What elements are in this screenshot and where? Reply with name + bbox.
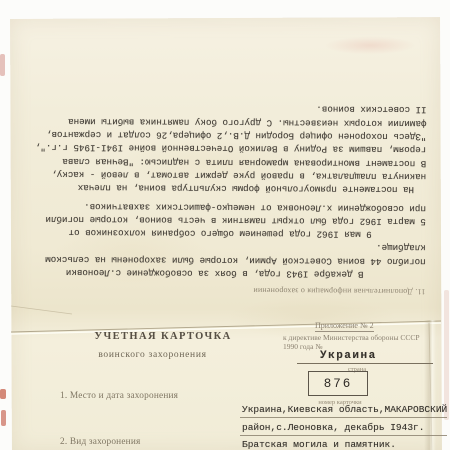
pink-edge-tint	[444, 290, 449, 420]
scanned-document: 11. Дополнительная информация о захороне…	[0, 0, 450, 450]
back-text-line: 5 марта I962 года был открыт памятник в …	[14, 212, 426, 228]
back-text-line: погибло 44 воина Советской Армии, которы…	[14, 252, 426, 268]
country-value: Украина	[320, 350, 377, 362]
country-underline	[297, 363, 433, 364]
back-text-line: фамилии которых неизвестны. С другого бо…	[14, 114, 426, 130]
card-subtitle: воинского захоронения	[85, 350, 220, 360]
appendix-heading: Приложение № 2	[315, 321, 374, 332]
field-1-value-line-2: район,с.Леоновка, декабрь I943г.	[242, 422, 424, 433]
card-number-box: 876	[308, 371, 368, 396]
back-text-line: В декабре I943 года, в боях за освобожде…	[13, 265, 425, 281]
field-2-value: Братская могила и памятник.	[242, 439, 396, 450]
back-text-line: На постаменте прямоугольной формы скульп…	[14, 181, 426, 197]
appendix-directive-line: к директиве Министерства обороны СССР	[283, 333, 420, 342]
red-edge-mark	[1, 410, 6, 426]
red-edge-mark	[0, 54, 5, 76]
value-underline	[240, 435, 447, 436]
back-text-line: "Здесь похоронен офицер Бородин Д.В.,2 о…	[14, 127, 426, 143]
card-title: УЧЕТНАЯ КАРТОЧКА	[93, 331, 233, 342]
field-1-label: 1. Место и дата захоронения	[60, 391, 178, 401]
vertical-crease	[424, 320, 436, 450]
value-underline	[240, 417, 447, 418]
back-text-line: В постамент вмонтирована мраморная плита…	[14, 154, 426, 170]
back-text-line: накинута плащпалатка, в правой руке держ…	[14, 167, 426, 183]
card-number: 876	[324, 377, 353, 391]
back-text-line: 9 мая I962 года решением общего собрания…	[14, 226, 426, 242]
additional-info-text: В декабре I943 года, в боях за освобожде…	[13, 101, 426, 281]
field-1-value-line-1: Украина,Киевская область,МАКАРОВСКИЙ	[242, 404, 447, 415]
appendix-year-line: 1990 года №	[283, 342, 322, 351]
field-2-label: 2. Вид захоронения	[60, 437, 141, 447]
red-edge-mark	[0, 389, 6, 399]
back-side-text-upside-down: 11. Дополнительная информация о захороне…	[13, 96, 426, 297]
